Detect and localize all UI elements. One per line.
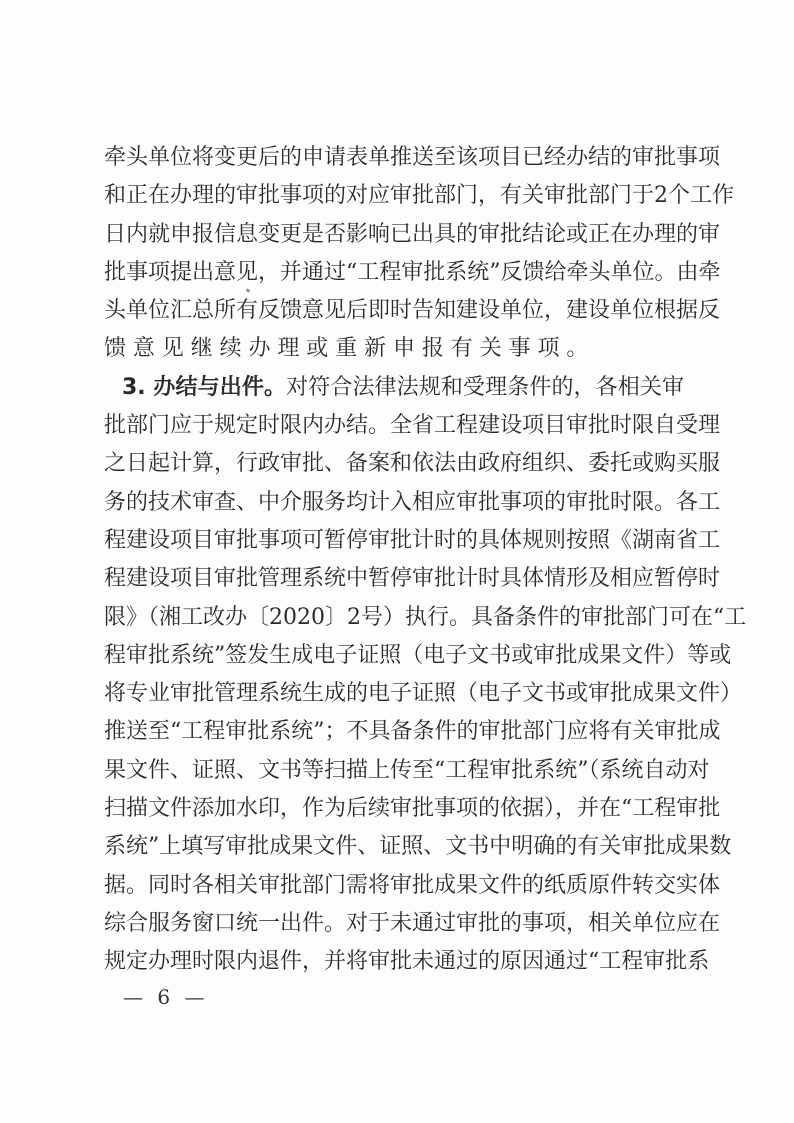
text-line: 批事项提出意见，并通过“工程审批系统”反馈给牵头单位。由牵 xyxy=(104,254,684,292)
text-line: 牵头单位将变更后的申请表单推送至该项目已经办结的审批事项 xyxy=(104,139,684,177)
text-line: 之日起计算，行政审批、备案和依法由政府组织、委托或购买服 xyxy=(104,445,684,483)
text-line: 限》（湘工改办〔2020〕2号）执行。具备条件的审批部门可在“工 xyxy=(104,599,684,637)
text-fragment: 对符合法律法规和受理条件的，各相关审 xyxy=(286,375,684,400)
text-line: 批部门应于规定时限内办结。全省工程建设项目审批时限自受理 xyxy=(104,407,684,445)
text-line: 程建设项目审批管理系统中暂停审批计时具体情形及相应暂停时 xyxy=(104,560,684,598)
text-line: 头单位汇总所有反馈意见后即时告知建设单位，建设单位根据反 xyxy=(104,292,684,330)
paragraph-section-3: 3. 办结与出件。对符合法律法规和受理条件的，各相关审 批部门应于规定时限内办结… xyxy=(104,369,684,982)
text-line: 和正在办理的审批事项的对应审批部门，有关审批部门于2个工作 xyxy=(104,177,684,215)
text-line: 综合服务窗口统一出件。对于未通过审批的事项，相关单位应在 xyxy=(104,905,684,943)
text-line: 日内就申报信息变更是否影响已出具的审批结论或正在办理的审 xyxy=(104,216,684,254)
text-line: 果文件、证照、文书等扫描上传至“工程审批系统”（系统自动对 xyxy=(104,752,684,790)
text-line: 程建设项目审批事项可暂停审批计时的具体规则按照《湖南省工 xyxy=(104,522,684,560)
text-line: 务的技术审查、中介服务均计入相应审批事项的审批时限。各工 xyxy=(104,484,684,522)
text-line: 据。同时各相关审批部门需将审批成果文件的纸质原件转交实体 xyxy=(104,867,684,905)
paragraph-approval-change: 牵头单位将变更后的申请表单推送至该项目已经办结的审批事项 和正在办理的审批事项的… xyxy=(104,139,684,369)
text-line: 规定办理时限内退件，并将审批未通过的原因通过“工程审批系 xyxy=(104,943,684,981)
text-line: 系统”上填写审批成果文件、证照、文书中明确的有关审批成果数 xyxy=(104,828,684,866)
section-heading: 3. 办结与出件。 xyxy=(122,375,286,400)
text-line: 扫描文件添加水印，作为后续审批事项的依据），并在“工程审批 xyxy=(104,790,684,828)
text-line: 馈意见继续办理或重新申报有关事项。 xyxy=(104,330,684,368)
text-line: 将专业审批管理系统生成的电子证照（电子文书或审批成果文件） xyxy=(104,675,684,713)
page-number: — 6 — xyxy=(123,982,208,1012)
document-page: 牵头单位将变更后的申请表单推送至该项目已经办结的审批事项 和正在办理的审批事项的… xyxy=(0,0,794,1123)
body-text: 牵头单位将变更后的申请表单推送至该项目已经办结的审批事项 和正在办理的审批事项的… xyxy=(104,139,684,982)
section-heading-line: 3. 办结与出件。对符合法律法规和受理条件的，各相关审 xyxy=(104,369,684,407)
text-line: 程审批系统”签发生成电子证照（电子文书或审批成果文件）等或 xyxy=(104,637,684,675)
text-line: 推送至“工程审批系统”；不具备条件的审批部门应将有关审批成 xyxy=(104,713,684,751)
